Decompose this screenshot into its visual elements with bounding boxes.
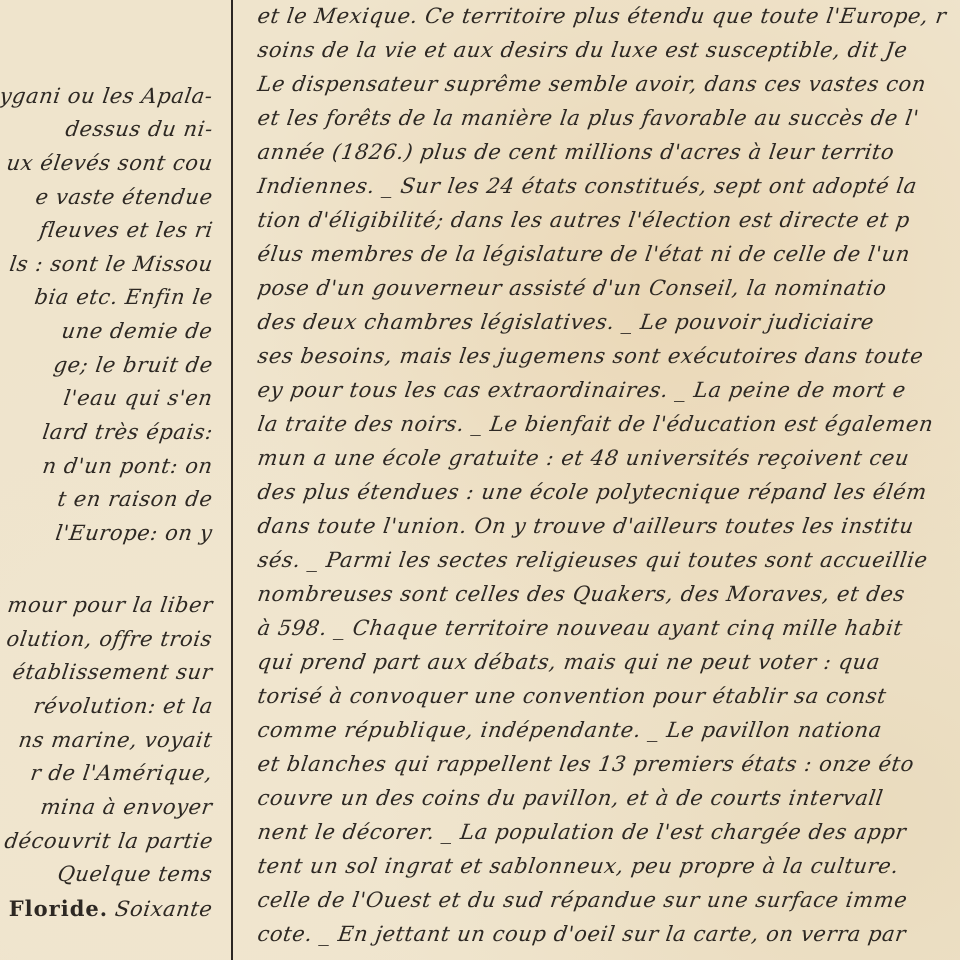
left-line: dessus du ni-: [64, 117, 215, 141]
right-line: soins de la vie et aux desirs du luxe es…: [256, 38, 909, 62]
left-line: ygani ou les Apala-: [0, 84, 214, 108]
right-line: des deux chambres législatives. _ Le pou…: [256, 310, 876, 334]
right-line: Indiennes. _ Sur les 24 états constitués…: [256, 174, 919, 198]
left-line: ns marine, voyait: [17, 728, 214, 752]
right-line: ey pour tous les cas extraordinaires. _ …: [256, 378, 908, 402]
left-line: découvrit la partie: [3, 829, 215, 853]
right-line: dans toute l'union. On y trouve d'ailleu…: [256, 514, 915, 538]
right-line: à 598. _ Chaque territoire nouveau ayant…: [256, 616, 904, 640]
right-line: année (1826.) plus de cent millions d'ac…: [256, 140, 896, 164]
column-divider-rule: [231, 0, 233, 960]
right-line: tion d'éligibilité; dans les autres l'él…: [256, 208, 912, 232]
right-line: cote. _ En jettant un coup d'oeil sur la…: [256, 922, 908, 946]
left-line: ge; le bruit de: [52, 353, 215, 377]
right-line: tent un sol ingrat et sablonneux, peu pr…: [256, 854, 900, 878]
right-line: qui prend part aux débats, mais qui ne p…: [256, 650, 882, 674]
right-line: celle de l'Ouest et du sud répandue sur …: [256, 888, 909, 912]
left-line: mour pour la liber: [6, 593, 215, 617]
right-line: sés. _ Parmi les sectes religieuses qui …: [256, 548, 929, 572]
left-line: lard très épais:: [41, 420, 215, 444]
right-line: Le dispensateur suprême semble avoir, da…: [256, 72, 928, 96]
left-line: Quelque tems: [56, 862, 214, 886]
right-line: et les forêts de la manière la plus favo…: [256, 106, 921, 130]
left-line-floride: Floride. Soixante: [7, 896, 214, 921]
left-text-column: ygani ou les Apala- dessus du ni- ux éle…: [0, 0, 229, 960]
left-line: ls : sont le Missou: [8, 252, 215, 276]
left-line: olution, offre trois: [5, 627, 214, 651]
right-line: et le Mexique. Ce territoire plus étendu…: [256, 4, 948, 28]
right-line: nent le décorer. _ La population de l'es…: [256, 820, 908, 844]
left-line: n d'un pont: on: [41, 454, 214, 478]
right-line: ses besoins, mais les jugemens sont exéc…: [256, 344, 925, 368]
right-line: pose d'un gouverneur assisté d'un Consei…: [256, 276, 888, 300]
left-line: établissement sur: [11, 660, 214, 684]
place-name-floride: Floride.: [9, 896, 108, 921]
right-line: élus membres de la législature de l'état…: [256, 242, 912, 266]
left-line: e vaste étendue: [34, 185, 214, 209]
left-line: t en raison de: [56, 487, 214, 511]
left-line: révolution: et la: [32, 694, 215, 718]
right-line: torisé à convoquer une convention pour é…: [256, 684, 888, 708]
left-line: ux élevés sont cou: [5, 151, 215, 175]
right-line: nombreuses sont celles des Quakers, des …: [256, 582, 907, 606]
left-line: bia etc. Enfin le: [33, 285, 215, 309]
left-line: une demie de: [60, 319, 214, 343]
right-line: des plus étendues : une école polytecniq…: [256, 480, 929, 504]
left-line: l'eau qui s'en: [62, 386, 214, 410]
right-line: couvre un des coins du pavillon, et à de…: [256, 786, 885, 810]
left-line: fleuves et les ri: [38, 218, 215, 242]
left-line: mina à envoyer: [39, 795, 214, 819]
right-line: la traite des noirs. _ Le bienfait de l'…: [256, 412, 935, 436]
right-text-column: et le Mexique. Ce territoire plus étendu…: [236, 0, 960, 960]
left-line: r de l'Amérique,: [29, 761, 214, 785]
document-page: ygani ou les Apala- dessus du ni- ux éle…: [0, 0, 960, 960]
left-line: l'Europe: on y: [54, 521, 214, 545]
left-line-continuation: Soixante: [114, 897, 215, 921]
right-line: mun a une école gratuite : et 48 univers…: [256, 446, 911, 470]
right-line: comme république, indépendante. _ Le pav…: [256, 718, 884, 742]
right-line: et blanches qui rappellent les 13 premie…: [256, 752, 916, 776]
